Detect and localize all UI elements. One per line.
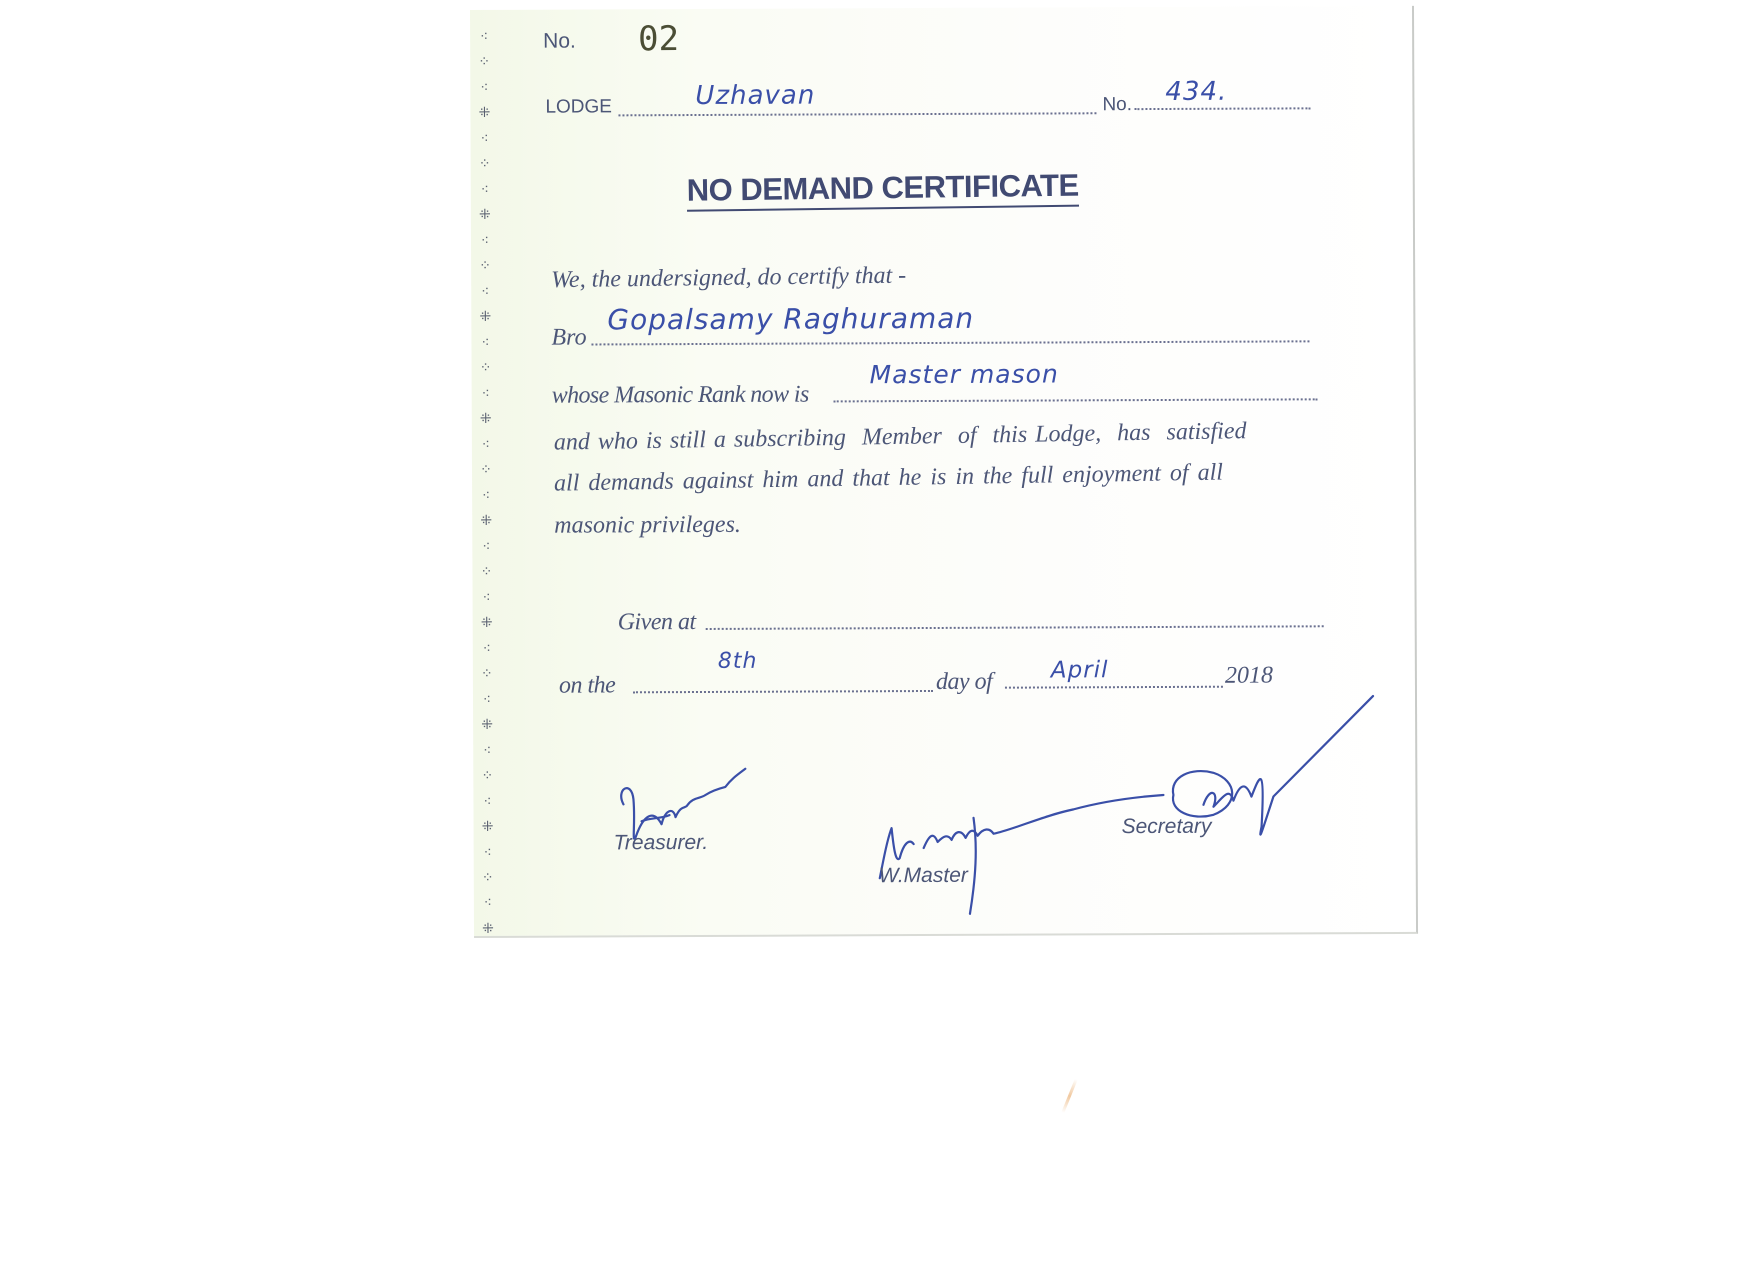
rank-label: whose Masonic Rank now is	[552, 382, 809, 410]
lodge-name-line	[618, 112, 1096, 116]
bro-label: Bro	[551, 324, 586, 351]
certificate-paper: ⁖⁘⁖⁜⁖⁘⁖⁜ ⁖⁘⁖⁜⁖⁘⁖⁜ ⁖⁘⁖⁜⁖⁘⁖⁜ ⁖⁘⁖⁜⁖⁘⁖⁜ ⁖⁘⁖⁜…	[470, 6, 1418, 938]
day-of-label: day of	[936, 669, 992, 696]
lodge-no-line	[1134, 107, 1310, 110]
lodge-number: 434.	[1165, 77, 1227, 107]
serial-number: 02	[638, 19, 679, 59]
body-line-2: all demands against him and that he is i…	[554, 460, 1223, 498]
brother-name-line	[591, 340, 1309, 345]
intro-text: We, the undersigned, do certify that -	[551, 263, 906, 295]
body-line-3: masonic privileges.	[554, 512, 741, 540]
secretary-label: Secretary	[1122, 815, 1212, 839]
body-line-1: and who is still a subscribing Member of…	[554, 418, 1247, 456]
month-line	[1005, 686, 1223, 689]
certificate-title: NO DEMAND CERTIFICATE	[687, 168, 1079, 212]
lodge-label: LODGE	[545, 96, 612, 118]
given-at-line	[706, 625, 1324, 630]
given-at-label: Given at	[618, 609, 696, 636]
scan-smudge	[1061, 1079, 1077, 1114]
lodge-name: Uzhavan	[695, 80, 815, 111]
worshipful-master-signature	[873, 766, 1294, 928]
brother-name: Gopalsamy Raghuraman	[607, 302, 974, 337]
day-line	[633, 690, 933, 693]
day-value: 8th	[718, 649, 758, 674]
on-the-label: on the	[559, 672, 615, 699]
year-value: 2018	[1225, 663, 1273, 690]
worshipful-master-label: W.Master	[879, 864, 968, 888]
month-value: April	[1051, 657, 1109, 683]
perforated-edge: ⁖⁘⁖⁜⁖⁘⁖⁜ ⁖⁘⁖⁜⁖⁘⁖⁜ ⁖⁘⁖⁜⁖⁘⁖⁜ ⁖⁘⁖⁜⁖⁘⁖⁜ ⁖⁘⁖⁜	[476, 30, 496, 936]
lodge-no-label: No.	[1102, 94, 1132, 116]
rank-value: Master mason	[870, 359, 1059, 389]
serial-label: No.	[543, 30, 576, 54]
treasurer-label: Treasurer.	[614, 831, 709, 855]
rank-line	[834, 398, 1318, 402]
